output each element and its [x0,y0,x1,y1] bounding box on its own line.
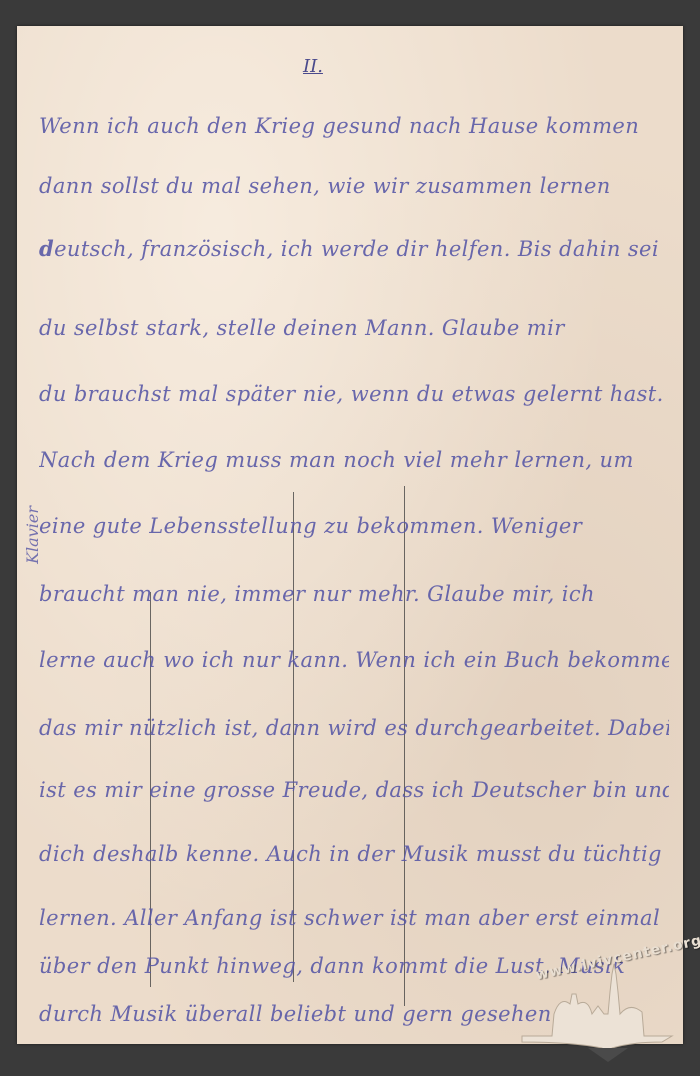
text-line: lernen. Aller Anfang ist schwer ist man … [39,906,669,930]
text-line: dich deshalb kenne. Auch in der Musik mu… [39,842,669,866]
text-line: braucht man nie, immer nur mehr. Glaube … [39,582,669,606]
text-line: du brauchst mal später nie, wenn du etwa… [39,382,669,406]
watermark-logo: www.lvivcenter.org [512,944,682,1064]
text-line: dann sollst du mal sehen, wie wir zusamm… [39,174,669,198]
text-line: deutsch, französisch, ich werde dir helf… [39,236,669,261]
page-marker: II. [303,56,323,77]
text-line: ist es mir eine grosse Freude, dass ich … [39,778,669,802]
text-line: eine gute Lebensstellung zu bekommen. We… [39,514,669,538]
postcard: II. Klavier Wenn ich auch den Krieg gesu… [17,26,683,1044]
text-line: das mir nützlich ist, dann wird es durch… [39,716,669,740]
text-line: lerne auch wo ich nur kann. Wenn ich ein… [39,648,669,672]
text-line: Nach dem Krieg muss man noch viel mehr l… [39,448,669,472]
text-line: Wenn ich auch den Krieg gesund nach Haus… [39,114,669,138]
text-line: du selbst stark, stelle deinen Mann. Gla… [39,316,669,340]
